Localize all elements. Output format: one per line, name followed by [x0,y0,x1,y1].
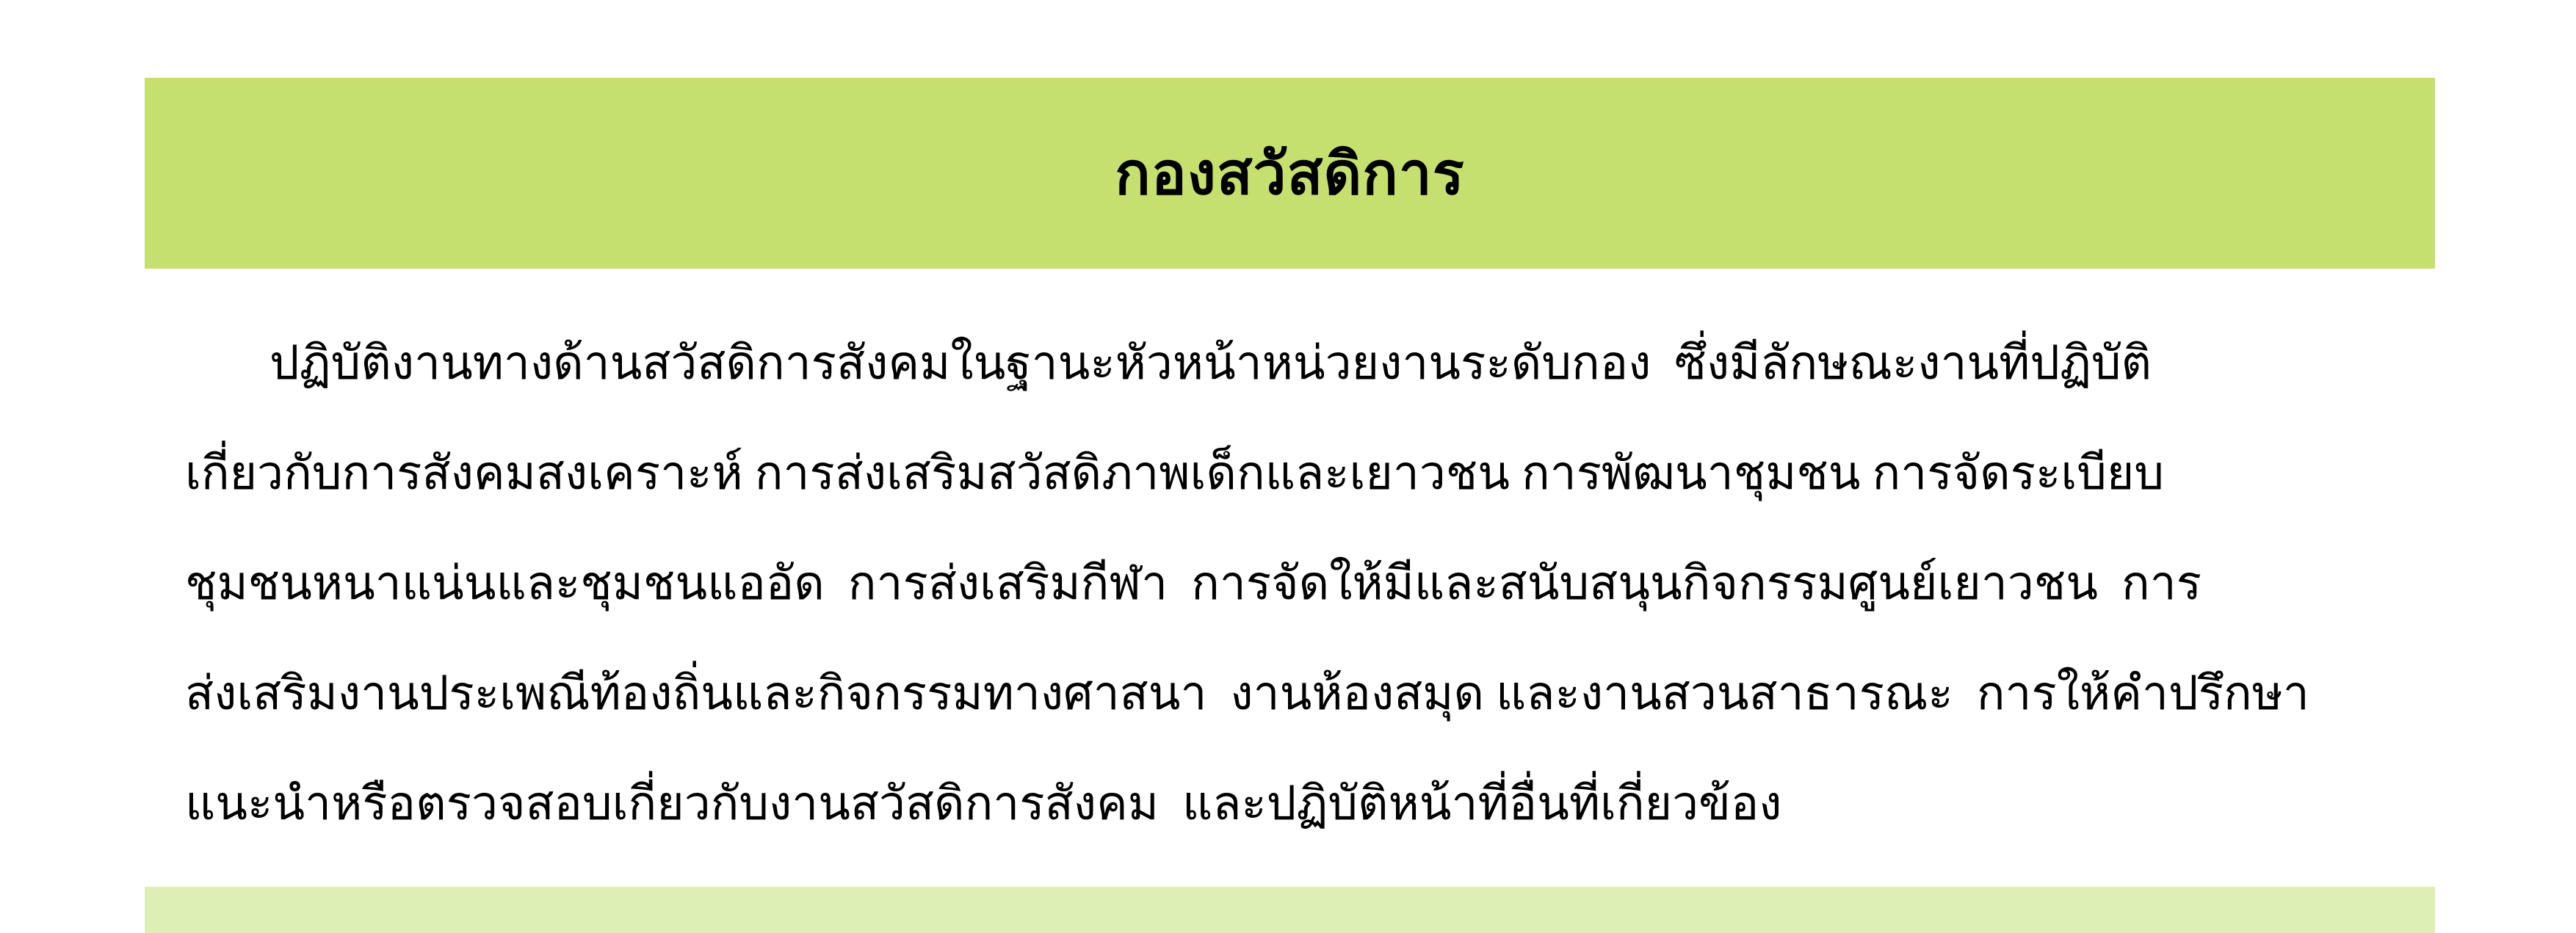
document-page: กองสวัสดิการ ปฏิบัติงานทางด้านสวัสดิการส… [0,0,2576,933]
paragraph-line-5: แนะนำหรือตรวจสอบเกี่ยวกับงานสวัสดิการสัง… [185,749,2439,859]
paragraph-line-1: ปฏิบัติงานทางด้านสวัสดิการสังคมในฐานะหัว… [185,308,2439,418]
footer-accent-bar [145,887,2435,933]
paragraph-line-2: เกี่ยวกับการสังคมสงเคราะห์ การส่งเสริมสว… [185,418,2439,529]
paragraph-line-4: ส่งเสริมงานประเพณีท้องถิ่นและกิจกรรมทางศ… [185,639,2439,749]
body-paragraph: ปฏิบัติงานทางด้านสวัสดิการสังคมในฐานะหัว… [185,308,2439,859]
paragraph-line-3: ชุมชนหนาแน่นและชุมชนแออัด การส่งเสริมกีฬ… [185,529,2439,639]
section-title: กองสวัสดิการ [1115,127,1464,220]
section-header-bar: กองสวัสดิการ [145,78,2435,269]
